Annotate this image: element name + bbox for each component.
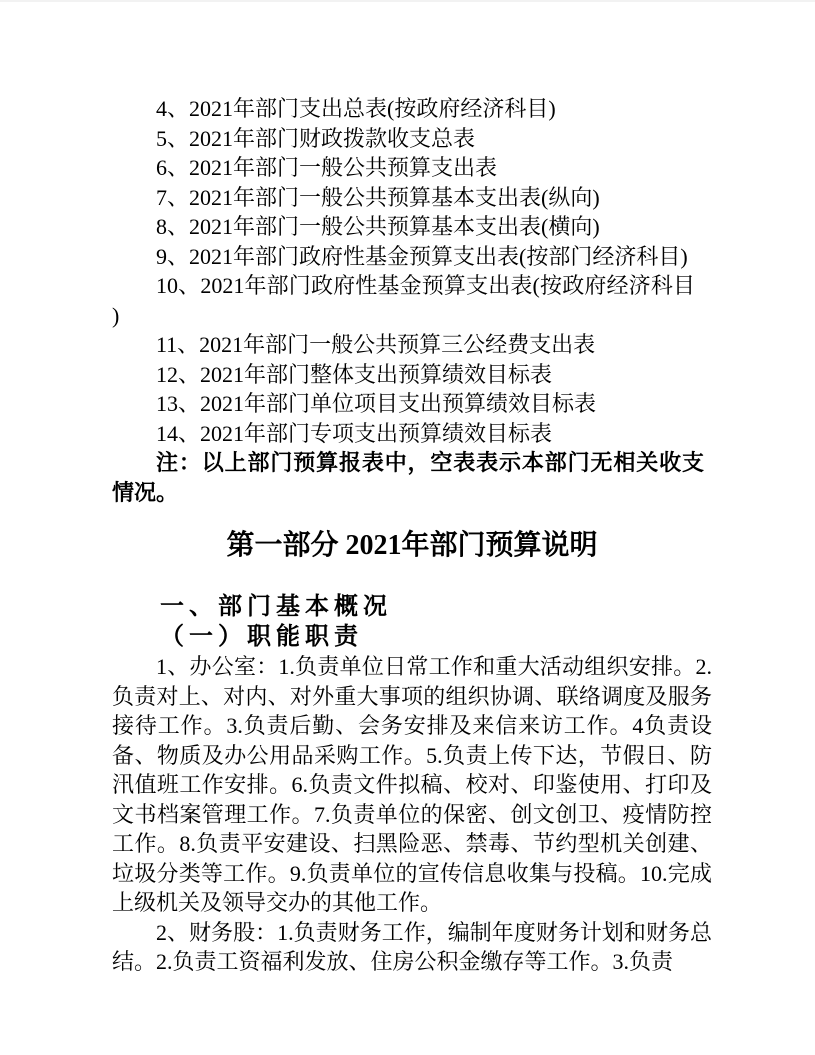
subhead-duties: （一）职能职责 <box>112 623 712 653</box>
table-list-item: 8、2021年部门一般公共预算基本支出表(横向) <box>112 212 712 242</box>
paragraph-finance-duties: 2、财务股：1.负责财务工作，编制年度财务计划和财务总结。2.负责工资福利发放、… <box>112 918 712 977</box>
document-page: 4、2021年部门支出总表(按政府经济科目) 5、2021年部门财政拨款收支总表… <box>0 0 815 1055</box>
table-list-item: 11、2021年部门一般公共预算三公经费支出表 <box>112 330 712 360</box>
table-list-item: 12、2021年部门整体支出预算绩效目标表 <box>112 360 712 390</box>
table-list-item: 6、2021年部门一般公共预算支出表 <box>112 153 712 183</box>
table-list-item: 9、2021年部门政府性基金预算支出表(按部门经济科目) <box>112 242 712 272</box>
table-list-item: 4、2021年部门支出总表(按政府经济科目) <box>112 94 712 124</box>
paragraph-office-duties: 1、办公室：1.负责单位日常工作和重大活动组织安排。2.负责对上、对内、对外重大… <box>112 652 712 918</box>
subhead-department-overview: 一、部门基本概况 <box>112 593 712 623</box>
budget-note: 注：以上部门预算报表中，空表表示本部门无相关收支情况。 <box>112 448 712 507</box>
table-list-item: 10、2021年部门政府性基金预算支出表(按政府经济科目) <box>112 271 712 330</box>
table-list-item: 14、2021年部门专项支出预算绩效目标表 <box>112 419 712 449</box>
section-title: 第一部分 2021年部门预算说明 <box>112 526 712 566</box>
table-list-item: 7、2021年部门一般公共预算基本支出表(纵向) <box>112 183 712 213</box>
table-list-item: 5、2021年部门财政拨款收支总表 <box>112 124 712 154</box>
table-list-item: 13、2021年部门单位项目支出预算绩效目标表 <box>112 389 712 419</box>
